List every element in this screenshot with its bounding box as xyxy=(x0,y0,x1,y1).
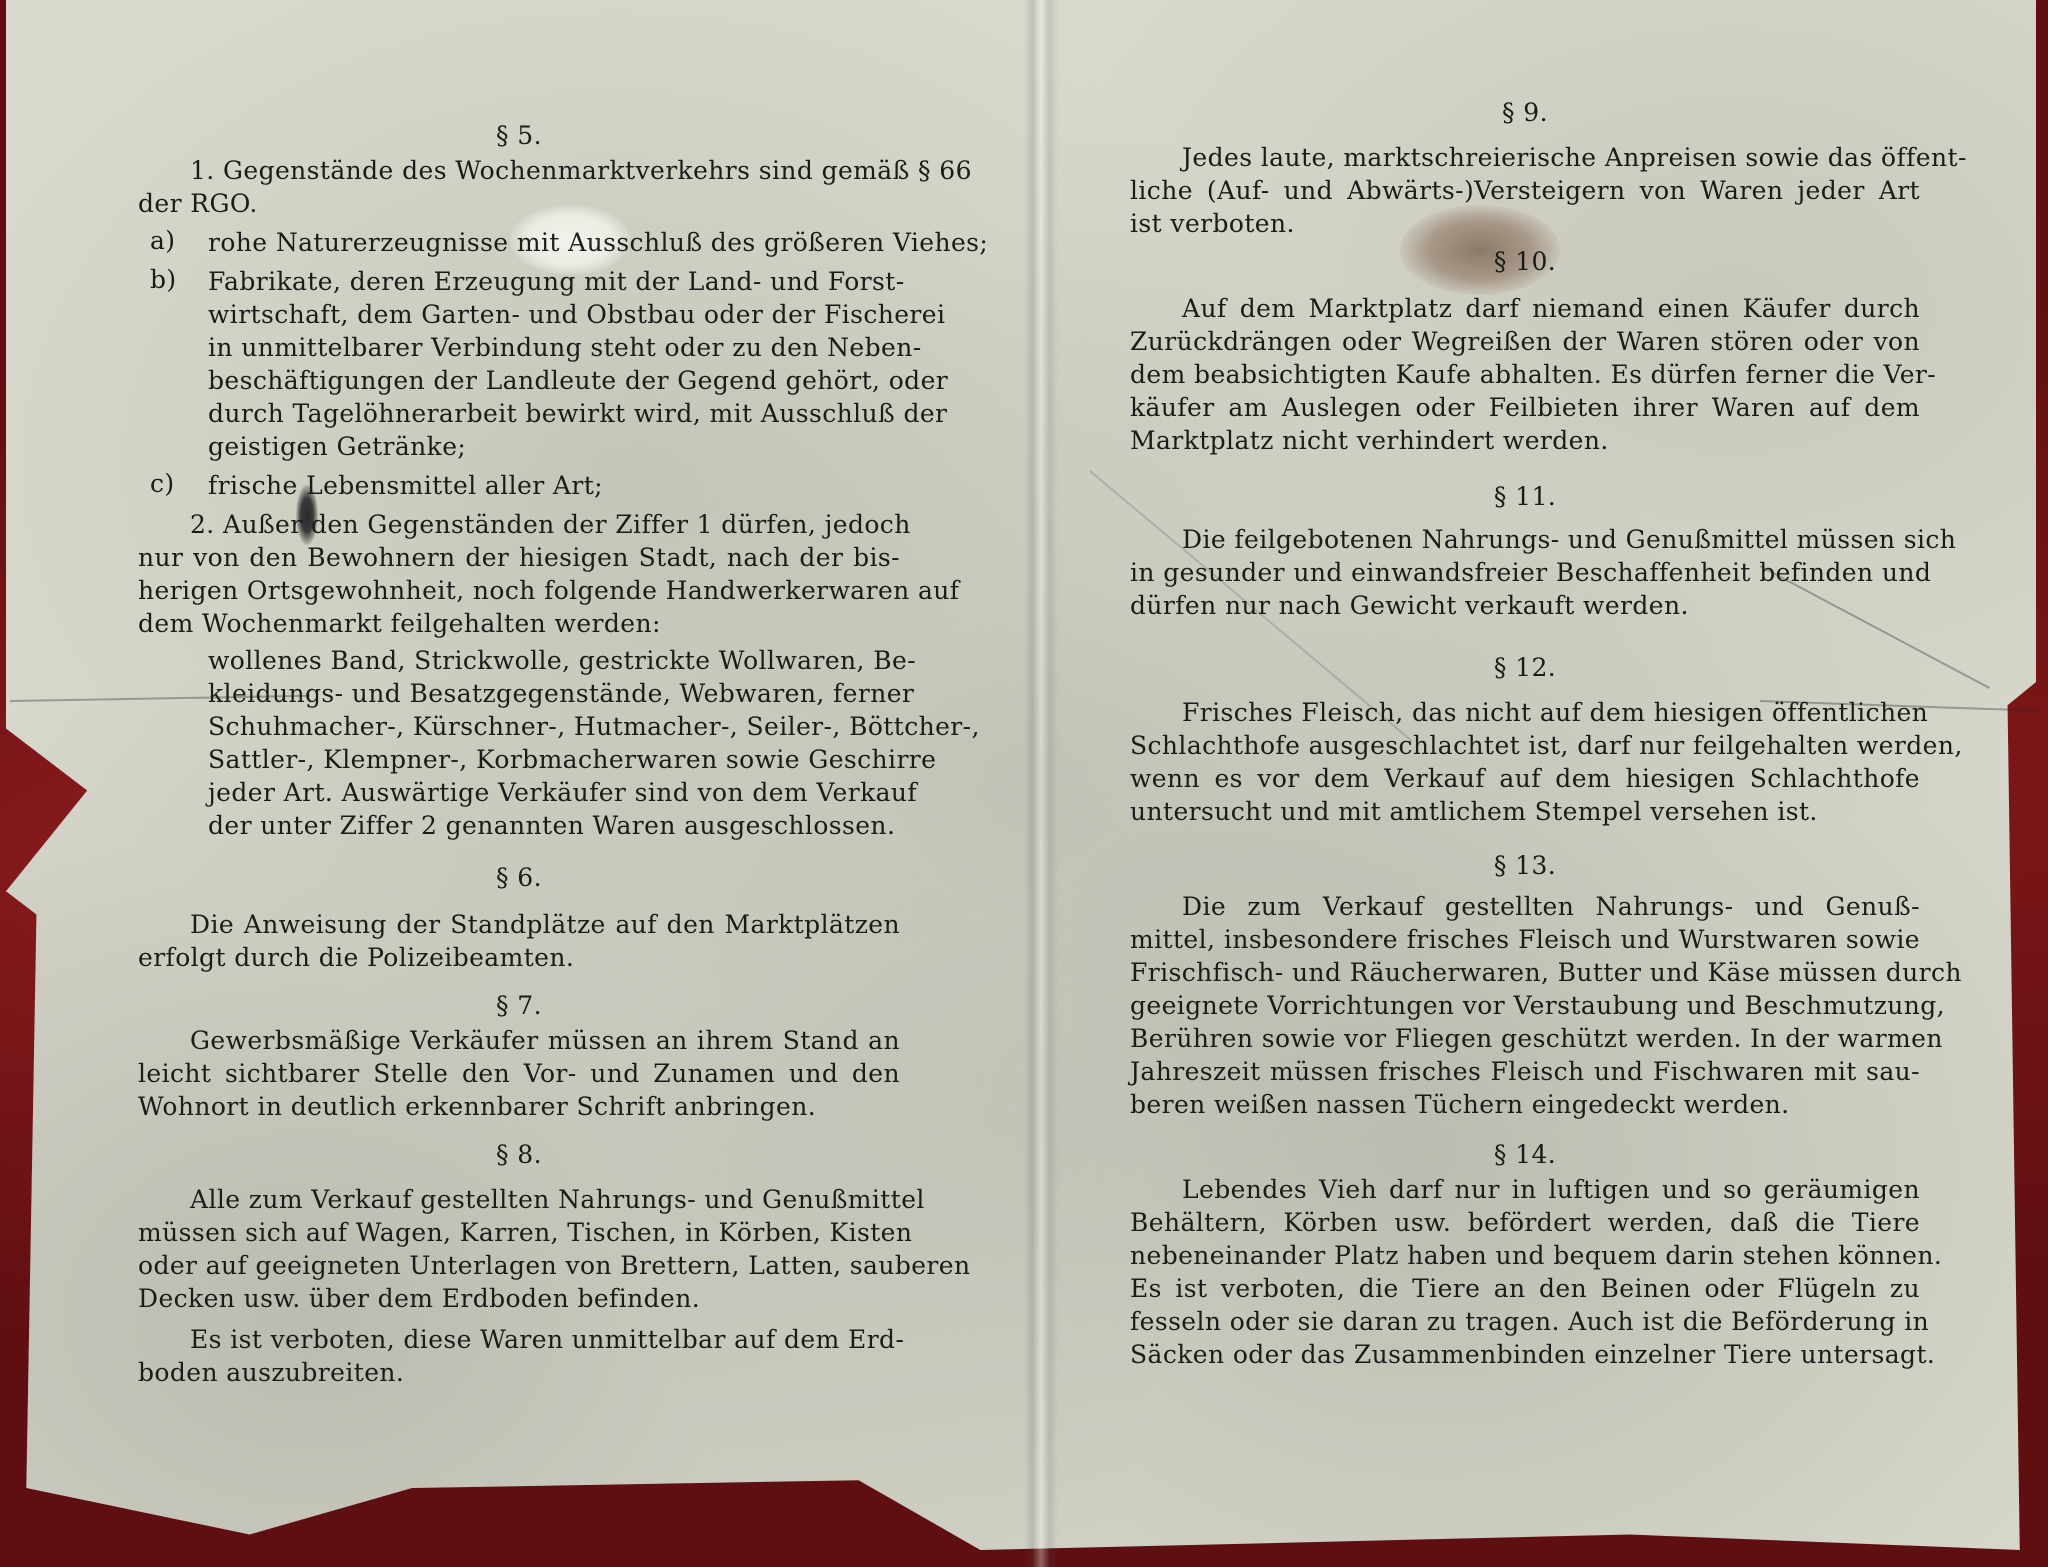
text-line: geistigen Getränke; xyxy=(208,430,900,463)
text-line: Schlachthofe ausgeschlachtet ist, darf n… xyxy=(1130,729,1920,762)
text-line: untersucht und mit amtlichem Stempel ver… xyxy=(1130,795,1920,828)
text-line: Schuhmacher-, Kürschner-, Hutmacher-, Se… xyxy=(208,710,900,743)
text-line: 1. Gegenstände des Wochenmarktverkehrs s… xyxy=(138,154,900,187)
section-13: § 13. Die zum Verkauf gestellten Nahrung… xyxy=(1130,848,1920,1121)
section-heading: § 10. xyxy=(1130,244,1920,280)
list-item-b: b) Fabrikate, deren Erzeugung mit der La… xyxy=(138,265,900,463)
text-line: in gesunder und einwandsfreier Beschaffe… xyxy=(1130,556,1920,589)
list-item-c: c) frische Lebensmittel aller Art; xyxy=(138,469,900,502)
text-line: Zurückdrängen oder Wegreißen der Waren s… xyxy=(1130,325,1920,358)
text-line: rohe Naturerzeugnisse mit Ausschluß des … xyxy=(208,226,900,259)
text-line: 2. Außer den Gegenständen der Ziffer 1 d… xyxy=(138,508,900,541)
text-line: nebeneinander Platz haben und bequem dar… xyxy=(1130,1239,1920,1272)
section-7: § 7. Gewerbsmäßige Verkäufer müssen an i… xyxy=(138,988,900,1123)
text-line: nur von den Bewohnern der hiesigen Stadt… xyxy=(138,541,900,574)
text-line: wollenes Band, Strickwolle, gestrickte W… xyxy=(208,644,900,677)
text-line: beschäftigungen der Landleute der Gegend… xyxy=(208,364,900,397)
section-heading: § 8. xyxy=(138,1137,900,1173)
text-line: mittel, insbesondere frisches Fleisch un… xyxy=(1130,923,1920,956)
text-line: Lebendes Vieh darf nur in luftigen und s… xyxy=(1130,1173,1920,1206)
text-line: müssen sich auf Wagen, Karren, Tischen, … xyxy=(138,1216,900,1249)
section-heading: § 11. xyxy=(1130,479,1920,515)
text-line: Jedes laute, marktschreierische Anpreise… xyxy=(1130,141,1920,174)
center-fold xyxy=(1024,0,1058,1567)
text-line: Frisches Fleisch, das nicht auf dem hies… xyxy=(1130,696,1920,729)
text-line: Behältern, Körben usw. befördert werden,… xyxy=(1130,1206,1920,1239)
list-marker: a) xyxy=(150,226,175,255)
text-line: Sattler-, Klempner-, Korbmacherwaren sow… xyxy=(208,743,900,776)
text-line: der unter Ziffer 2 genannten Waren ausge… xyxy=(208,809,900,842)
text-line: kleidungs- und Besatzgegenstände, Webwar… xyxy=(208,677,900,710)
text-line: wenn es vor dem Verkauf auf dem hiesigen… xyxy=(1130,762,1920,795)
section-14: § 14. Lebendes Vieh darf nur in luftigen… xyxy=(1130,1137,1920,1371)
text-line: in unmittelbarer Verbindung steht oder z… xyxy=(208,331,900,364)
text-line: durch Tagelöhnerarbeit bewirkt wird, mit… xyxy=(208,397,900,430)
section-heading: § 7. xyxy=(138,988,900,1024)
text-line: geeignete Vorrichtungen vor Verstaubung … xyxy=(1130,989,1920,1022)
section-12: § 12. Frisches Fleisch, das nicht auf de… xyxy=(1130,650,1920,828)
text-line: Es ist verboten, die Tiere an den Beinen… xyxy=(1130,1272,1920,1305)
text-line: Berühren sowie vor Fliegen geschützt wer… xyxy=(1130,1022,1920,1055)
section-8: § 8. Alle zum Verkauf gestellten Nahrung… xyxy=(138,1137,900,1389)
text-line: Alle zum Verkauf gestellten Nahrungs- un… xyxy=(138,1183,900,1216)
section-10: § 10. Auf dem Marktplatz darf niemand ei… xyxy=(1130,244,1920,457)
list-marker: b) xyxy=(150,265,177,294)
text-line: frische Lebensmittel aller Art; xyxy=(208,469,900,502)
text-line: Auf dem Marktplatz darf niemand einen Kä… xyxy=(1130,292,1920,325)
text-line: wirtschaft, dem Garten- und Obstbau oder… xyxy=(208,298,900,331)
left-column: § 5. 1. Gegenstände des Wochenmarktverke… xyxy=(138,118,900,1389)
right-column: § 9. Jedes laute, marktschreierische Anp… xyxy=(1130,95,1920,1371)
text-line: oder auf geeigneten Unterlagen von Brett… xyxy=(138,1249,900,1282)
text-line: liche (Auf- und Abwärts-)Versteigern von… xyxy=(1130,174,1920,207)
section-6: § 6. Die Anweisung der Standplätze auf d… xyxy=(138,860,900,974)
text-line: Frischfisch- und Räucherwaren, Butter un… xyxy=(1130,956,1920,989)
text-line: fesseln oder sie daran zu tragen. Auch i… xyxy=(1130,1305,1920,1338)
goods-list: wollenes Band, Strickwolle, gestrickte W… xyxy=(138,644,900,842)
text-line: erfolgt durch die Polizeibeamten. xyxy=(138,941,900,974)
text-line: Gewerbsmäßige Verkäufer müssen an ihrem … xyxy=(138,1024,900,1057)
text-line: Jahreszeit müssen frisches Fleisch und F… xyxy=(1130,1055,1920,1088)
text-line: herigen Ortsgewohnheit, noch folgende Ha… xyxy=(138,574,900,607)
text-line: Wohnort in deutlich erkennbarer Schrift … xyxy=(138,1090,900,1123)
paragraph-2: 2. Außer den Gegenständen der Ziffer 1 d… xyxy=(138,508,900,640)
text-line: Fabrikate, deren Erzeugung mit der Land-… xyxy=(208,265,900,298)
text-line: beren weißen nassen Tüchern eingedeckt w… xyxy=(1130,1088,1920,1121)
text-line: Decken usw. über dem Erdboden befinden. xyxy=(138,1282,900,1315)
text-line: käufer am Auslegen oder Feilbieten ihrer… xyxy=(1130,391,1920,424)
text-line: Die zum Verkauf gestellten Nahrungs- und… xyxy=(1130,890,1920,923)
text-line: Säcken oder das Zusammenbinden einzelner… xyxy=(1130,1338,1920,1371)
section-heading: § 12. xyxy=(1130,650,1920,686)
text-line: ist verboten. xyxy=(1130,207,1920,240)
text-line: Die feilgebotenen Nahrungs- und Genußmit… xyxy=(1130,523,1920,556)
text-line: jeder Art. Auswärtige Verkäufer sind von… xyxy=(208,776,900,809)
section-heading: § 5. xyxy=(138,118,900,154)
section-heading: § 13. xyxy=(1130,848,1920,884)
text-line: boden auszubreiten. xyxy=(138,1356,900,1389)
section-heading: § 6. xyxy=(138,860,900,896)
text-line: leicht sichtbarer Stelle den Vor- und Zu… xyxy=(138,1057,900,1090)
text-line: der RGO. xyxy=(138,187,900,220)
list-marker: c) xyxy=(150,469,175,498)
section-11: § 11. Die feilgebotenen Nahrungs- und Ge… xyxy=(1130,479,1920,622)
text-line: Marktplatz nicht verhindert werden. xyxy=(1130,424,1920,457)
section-heading: § 14. xyxy=(1130,1137,1920,1173)
text-line: Es ist verboten, diese Waren unmittelbar… xyxy=(138,1323,900,1356)
section-heading: § 9. xyxy=(1130,95,1920,131)
text-line: dem beabsichtigten Kaufe abhalten. Es dü… xyxy=(1130,358,1920,391)
list-item-a: a) rohe Naturerzeugnisse mit Ausschluß d… xyxy=(138,226,900,259)
section-5: § 5. 1. Gegenstände des Wochenmarktverke… xyxy=(138,118,900,842)
section-9: § 9. Jedes laute, marktschreierische Anp… xyxy=(1130,95,1920,240)
text-line: Die Anweisung der Standplätze auf den Ma… xyxy=(138,908,900,941)
text-line: dem Wochenmarkt feilgehalten werden: xyxy=(138,607,900,640)
text-line: dürfen nur nach Gewicht verkauft werden. xyxy=(1130,589,1920,622)
